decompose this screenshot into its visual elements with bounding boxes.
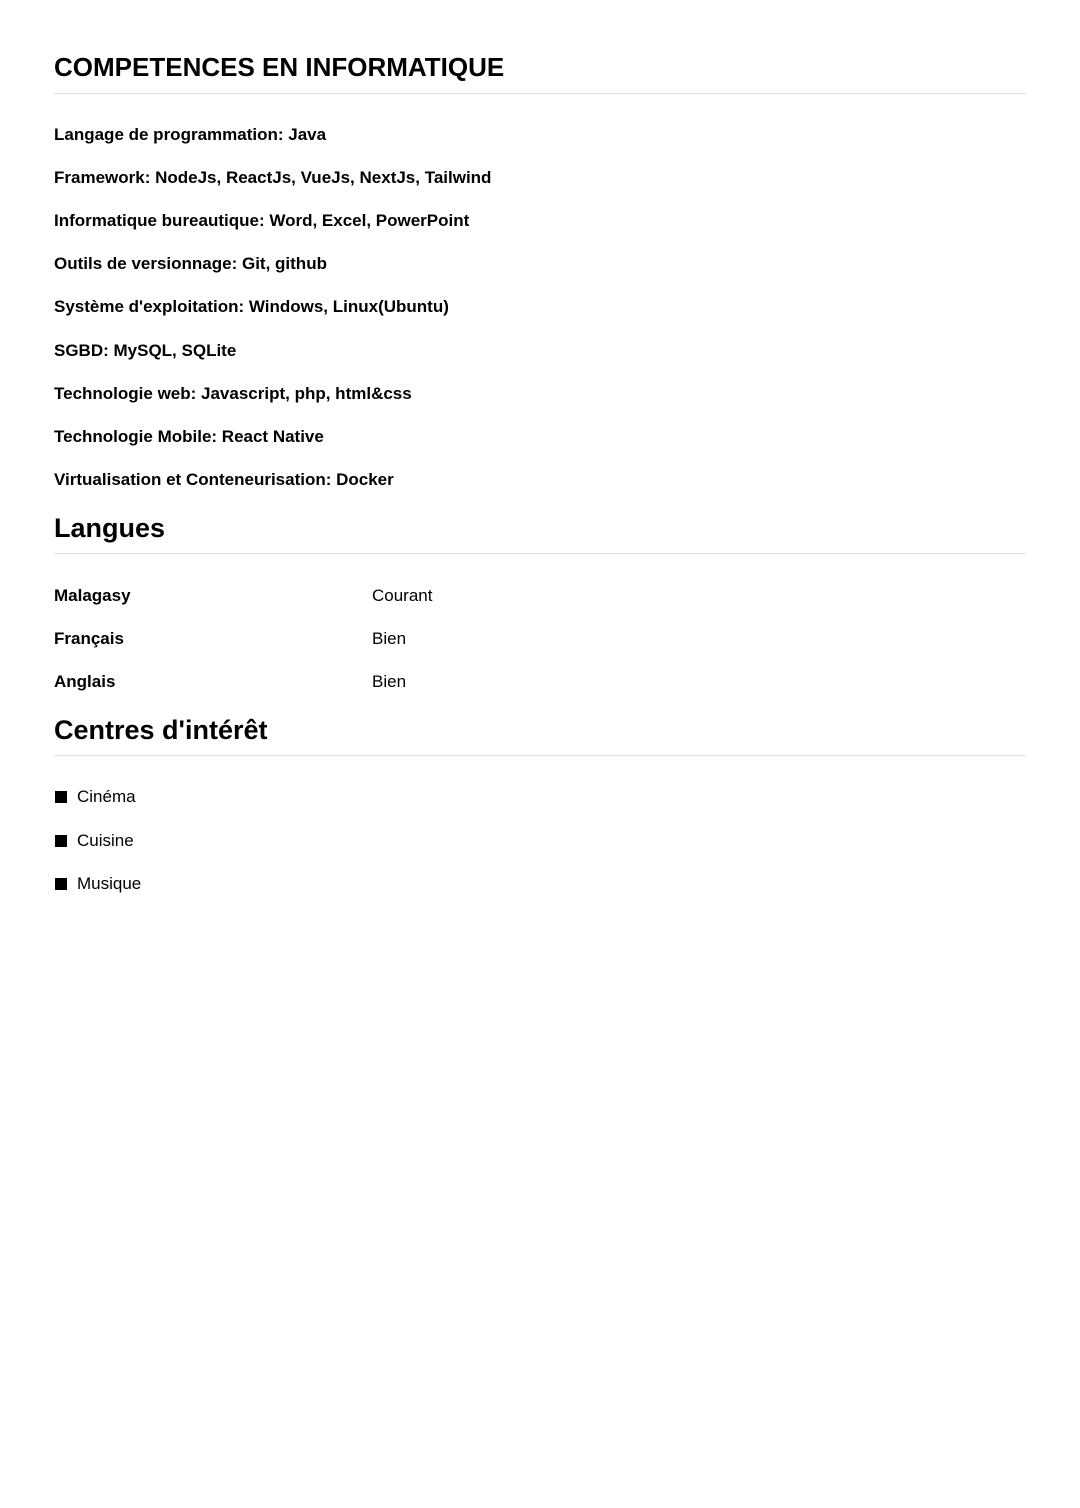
language-name: Malagasy	[54, 587, 131, 604]
language-name: Français	[54, 630, 124, 647]
skill-item: Technologie Mobile: React Native	[54, 428, 324, 445]
language-name: Anglais	[54, 673, 115, 690]
language-row: Français Bien	[54, 630, 1026, 650]
skill-item: Langage de programmation: Java	[54, 126, 326, 143]
skill-item: Informatique bureautique: Word, Excel, P…	[54, 212, 469, 229]
skill-item: Technologie web: Javascript, php, html&c…	[54, 385, 412, 402]
skill-item: Framework: NodeJs, ReactJs, VueJs, NextJ…	[54, 169, 491, 186]
interests-heading: Centres d'intérêt	[54, 717, 267, 744]
language-level: Bien	[372, 673, 406, 690]
language-row: Anglais Bien	[54, 673, 1026, 693]
skills-heading: COMPETENCES EN INFORMATIQUE	[54, 54, 504, 80]
interest-label: Cinéma	[77, 788, 136, 805]
interest-label: Musique	[77, 875, 141, 892]
skills-divider	[54, 93, 1026, 94]
black-square-icon	[55, 791, 67, 803]
languages-heading: Langues	[54, 515, 165, 542]
skill-item: Outils de versionnage: Git, github	[54, 255, 327, 272]
black-square-icon	[55, 878, 67, 890]
language-level: Bien	[372, 630, 406, 647]
skill-item: SGBD: MySQL, SQLite	[54, 342, 236, 359]
languages-divider	[54, 553, 1026, 554]
interests-divider	[54, 755, 1026, 756]
interest-label: Cuisine	[77, 832, 134, 849]
language-row: Malagasy Courant	[54, 587, 1026, 607]
language-level: Courant	[372, 587, 432, 604]
black-square-icon	[55, 835, 67, 847]
skill-item: Système d'exploitation: Windows, Linux(U…	[54, 298, 449, 315]
skill-item: Virtualisation et Conteneurisation: Dock…	[54, 471, 394, 488]
